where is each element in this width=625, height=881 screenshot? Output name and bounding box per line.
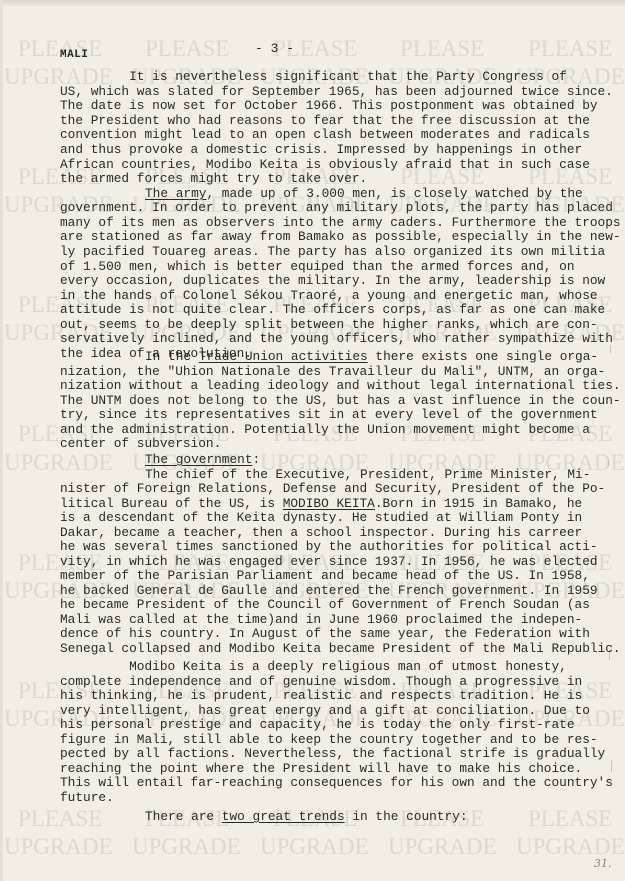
section-heading-government: The government xyxy=(145,452,253,467)
name-modibo-keita: MODIBO KEITA xyxy=(283,496,375,511)
section-heading-two-trends: two great trends xyxy=(222,809,345,824)
page-number: - 3 - xyxy=(255,42,294,57)
document-page: MALI - 3 - It is nevertheless significan… xyxy=(0,0,625,881)
section-heading-army: The army xyxy=(145,186,206,201)
handwritten-page-number: 31. xyxy=(594,857,612,872)
section-heading-trade-union: Trade Union activities xyxy=(199,349,368,364)
header-country: MALI xyxy=(60,48,88,63)
